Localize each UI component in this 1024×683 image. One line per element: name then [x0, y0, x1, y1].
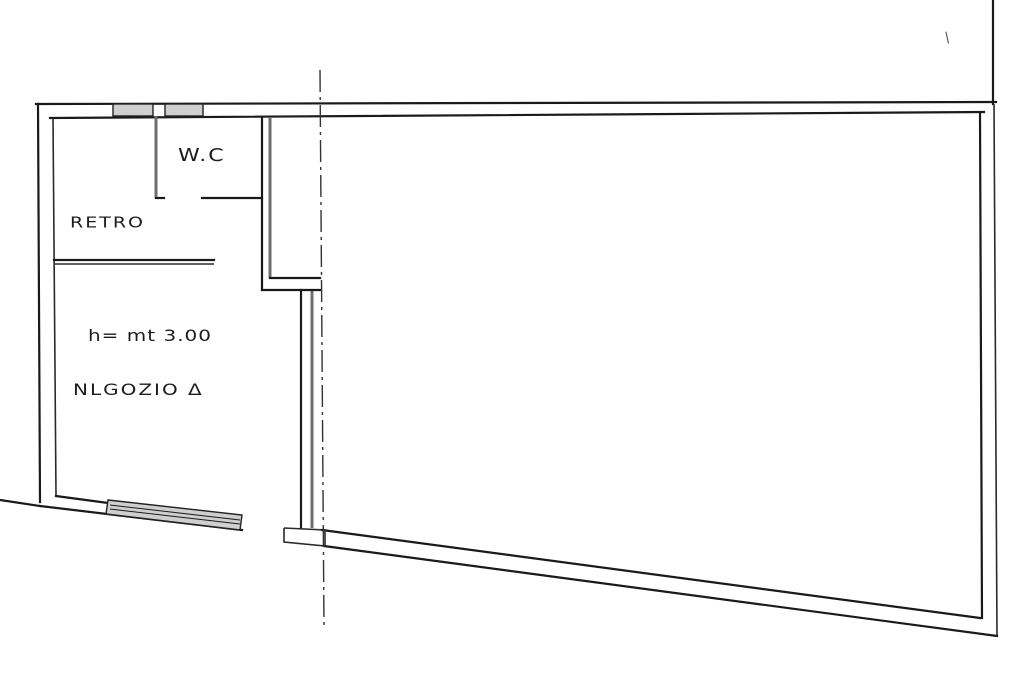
- bottom-wall-large-space: [322, 530, 997, 636]
- room-label-retro: RETRO: [70, 214, 145, 232]
- room-label-wc: W.C: [178, 146, 226, 166]
- left-wall: [38, 104, 56, 502]
- retro-partition: [54, 260, 214, 264]
- right-wall: [980, 104, 997, 636]
- room-label-negozio: NLGOZIO Δ: [73, 380, 204, 399]
- central-partition: [284, 290, 325, 546]
- top-windows: [113, 104, 203, 116]
- ceiling-height-note: h= mt 3.00: [88, 326, 212, 345]
- shop-window: [106, 500, 242, 530]
- axis-line: [320, 70, 324, 628]
